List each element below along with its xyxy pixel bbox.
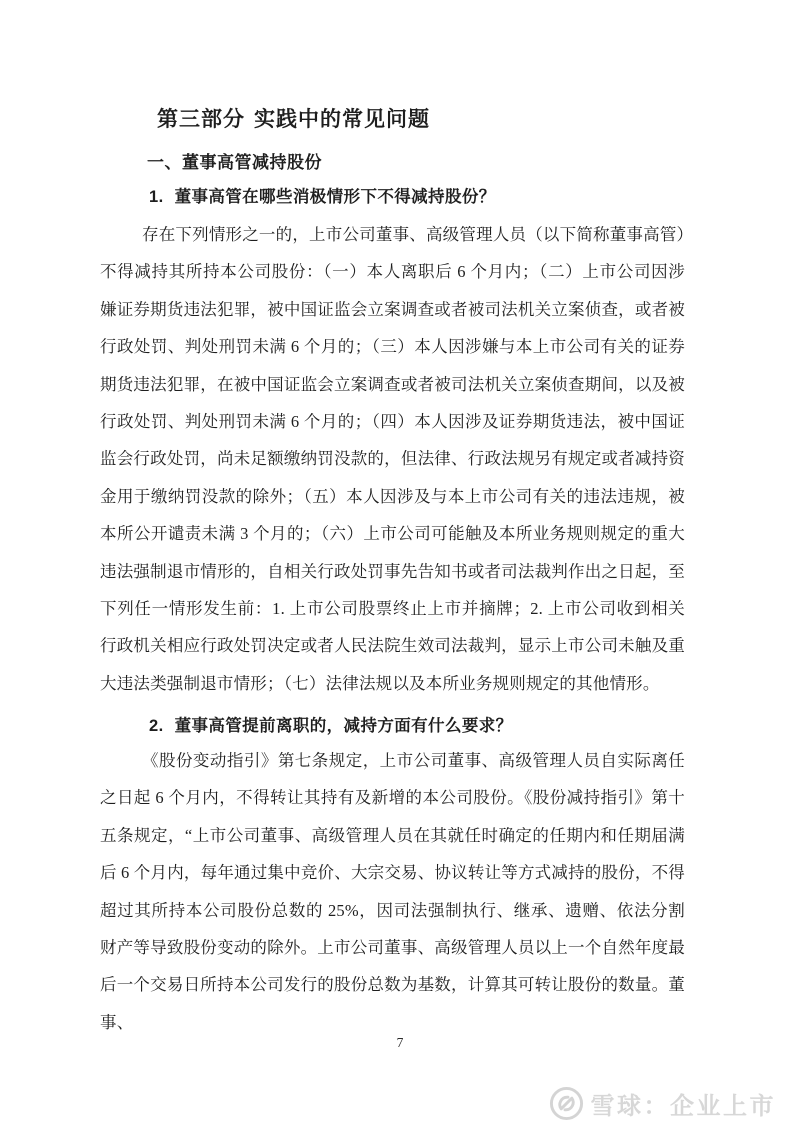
page-number: 7 [0,1035,800,1051]
watermark: 雪球：企业上市 [549,1086,777,1121]
question-2-number: 2. [149,717,164,735]
watermark-text: 雪球：企业上市 [591,1086,777,1121]
document-page: 第三部分实践中的常见问题 一、董事高管减持股份 1.董事高管在哪些消极情形下不得… [0,0,800,1131]
question-1-number: 1. [149,188,164,206]
page-title-text: 实践中的常见问题 [254,108,430,131]
section-heading: 一、董事高管减持股份 [147,148,322,173]
answer-2-paragraph: 《股份变动指引》第七条规定，上市公司董事、高级管理人员自实际离任之日起 6 个月… [100,742,685,1041]
page-title: 第三部分实践中的常见问题 [157,103,430,133]
answer-1-paragraph: 存在下列情形之一的，上市公司董事、高级管理人员（以下简称董事高管）不得减持其所持… [100,216,685,702]
page-title-part: 第三部分 [157,108,245,131]
question-2-text: 董事高管提前离职的，减持方面有什么要求？ [175,717,513,735]
question-1-heading: 1.董事高管在哪些消极情形下不得减持股份？ [149,183,496,207]
question-1-text: 董事高管在哪些消极情形下不得减持股份？ [175,188,496,206]
question-2-heading: 2.董事高管提前离职的，减持方面有什么要求？ [149,712,513,736]
xueqiu-logo-icon [549,1086,584,1121]
